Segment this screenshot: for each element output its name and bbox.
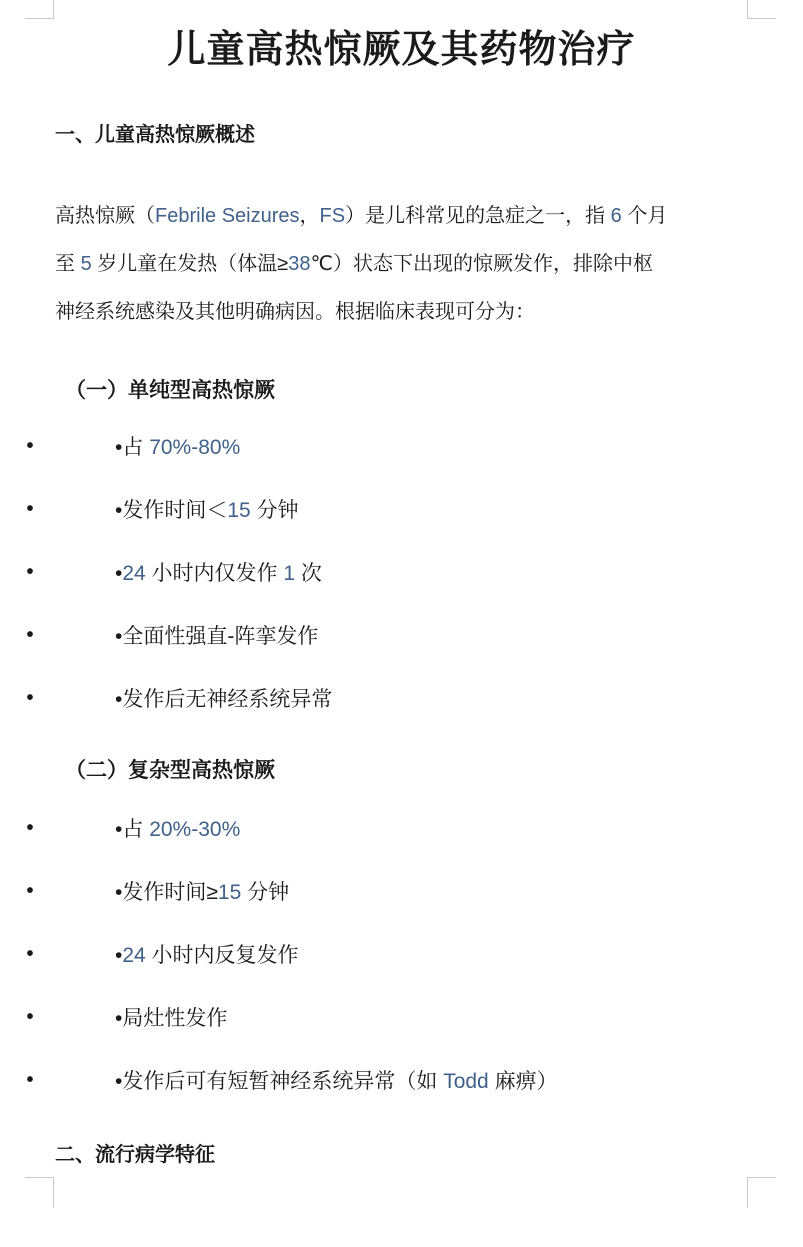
crop-mark-bottom-left-icon xyxy=(25,1177,54,1208)
crop-mark-bottom-right-icon xyxy=(747,1177,776,1208)
list-item: • •发作时间≥15 分钟 xyxy=(0,859,803,922)
list-item-text: •24 小时内反复发作 xyxy=(115,939,299,969)
bullet-icon: • xyxy=(22,881,38,901)
list-item-text: •发作后无神经系统异常 xyxy=(115,683,332,713)
list-item: • •全面性强直-阵挛发作 xyxy=(0,603,803,666)
list-item: • •24 小时内反复发作 xyxy=(0,922,803,985)
list-item-text: •占 70%-80% xyxy=(115,431,240,461)
list-item: • •发作后无神经系统异常 xyxy=(0,666,803,729)
bullet-icon: • xyxy=(22,625,38,645)
list-item: • •占 20%-30% xyxy=(0,796,803,859)
document-page: 儿童高热惊厥及其药物治疗 一、儿童高热惊厥概述 高热惊厥（Febrile Sei… xyxy=(0,0,803,1247)
overview-paragraph: 高热惊厥（Febrile Seizures，FS）是儿科常见的急症之一，指 6 … xyxy=(55,192,755,336)
list-item-text: •发作时间＜15 分钟 xyxy=(115,494,299,524)
epidemiology-section-heading: 二、流行病学特征 xyxy=(55,1141,755,1169)
paragraph-line-1: 高热惊厥（Febrile Seizures，FS）是儿科常见的急症之一，指 6 … xyxy=(55,192,755,240)
list-item-text: •占 20%-30% xyxy=(115,813,240,843)
bullet-icon: • xyxy=(22,499,38,519)
simple-type-bullet-list: • •占 70%-80% • •发作时间＜15 分钟 • •24 小时内仅发作 … xyxy=(0,414,803,729)
list-item: • •占 70%-80% xyxy=(0,414,803,477)
list-item-text: •局灶性发作 xyxy=(115,1002,227,1032)
document-title: 儿童高热惊厥及其药物治疗 xyxy=(0,22,803,78)
list-item: • •局灶性发作 xyxy=(0,985,803,1048)
bullet-icon: • xyxy=(22,436,38,456)
simple-type-heading: （一）单纯型高热惊厥 xyxy=(65,376,745,406)
paragraph-line-3: 神经系统感染及其他明确病因。根据临床表现可分为： xyxy=(55,288,755,336)
list-item: • •发作时间＜15 分钟 xyxy=(0,477,803,540)
overview-section-heading: 一、儿童高热惊厥概述 xyxy=(55,121,755,149)
list-item: • •发作后可有短暂神经系统异常（如 Todd 麻痹） xyxy=(0,1048,803,1111)
complex-type-heading: （二）复杂型高热惊厥 xyxy=(65,756,745,786)
bullet-icon: • xyxy=(22,944,38,964)
bullet-icon: • xyxy=(22,1007,38,1027)
bullet-icon: • xyxy=(22,1070,38,1090)
crop-mark-top-right-icon xyxy=(747,0,776,19)
list-item: • •24 小时内仅发作 1 次 xyxy=(0,540,803,603)
list-item-text: •24 小时内仅发作 1 次 xyxy=(115,557,322,587)
paragraph-line-2: 至 5 岁儿童在发热（体温≥38℃）状态下出现的惊厥发作，排除中枢 xyxy=(55,240,755,288)
list-item-text: •全面性强直-阵挛发作 xyxy=(115,620,318,650)
bullet-icon: • xyxy=(22,562,38,582)
bullet-icon: • xyxy=(22,818,38,838)
crop-mark-top-left-icon xyxy=(25,0,54,19)
complex-type-bullet-list: • •占 20%-30% • •发作时间≥15 分钟 • •24 小时内反复发作… xyxy=(0,796,803,1111)
bullet-icon: • xyxy=(22,688,38,708)
list-item-text: •发作后可有短暂神经系统异常（如 Todd 麻痹） xyxy=(115,1065,558,1095)
list-item-text: •发作时间≥15 分钟 xyxy=(115,876,289,906)
